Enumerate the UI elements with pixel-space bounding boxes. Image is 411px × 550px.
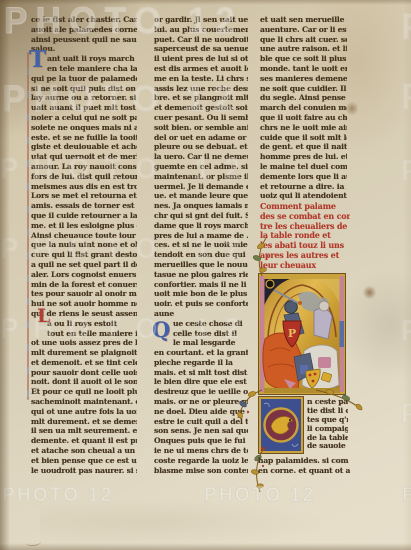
text-line: pleure ou se debuat. et a ange: [154, 142, 248, 152]
paragraph-full-width: hap palamides. si com se na'en corne. et…: [258, 456, 350, 476]
text-line: este. et se ne fuille la tooit estre: [31, 133, 137, 143]
text-line: hap palamides. si com se na': [258, 456, 350, 466]
text-line: le maine tel duel come il se: [260, 162, 347, 172]
rubric-red-heading: Comment palamedes se combat en contre le…: [260, 202, 350, 271]
text-line: et atache son cheual a un arbre: [31, 446, 137, 456]
shield-dot: [314, 373, 317, 376]
text-line: de la table ron: [307, 434, 348, 443]
text-line: que il uoit faire au chr. li: [260, 113, 347, 123]
text-line: son sens. Je nen sai que dire: [154, 426, 248, 436]
frame-band-left: [260, 276, 265, 392]
text-line: et demenoit. et se tint cele part: [31, 358, 137, 368]
text-line: en courtant. et la grant: [154, 348, 248, 358]
saddle: [318, 357, 331, 368]
text-line: salou.: [31, 44, 137, 54]
text-line: il uient pres de lui si ot que ce: [154, 54, 248, 64]
text-line: tasue ne plou gaires riens le: [154, 270, 248, 280]
photo12-watermark: PHOTO 12: [0, 233, 255, 266]
photo12-watermark-partial: P: [401, 6, 411, 48]
text-line: march del conuien mener: [260, 103, 347, 113]
text-line: la table ronde et: [260, 231, 350, 241]
text-line: ses manieres demener qil: [260, 74, 347, 84]
text-line: nes. Ja onques iamais ne fisse: [154, 201, 248, 211]
text-line: uoiz qui li atendoient: [260, 191, 347, 201]
text-line: tes que q'nt: [307, 416, 348, 425]
text-column-3: et uait sen merueille de cesteauenture. …: [260, 15, 347, 201]
text-line: il sen ua mlt seurement. et se: [31, 426, 137, 436]
text-line: des se combat en con: [260, 212, 350, 222]
text-line: amis. essais de torner est il dereut: [31, 201, 137, 211]
photo12-watermark-partial: P: [401, 398, 411, 431]
parchment-spot: [346, 101, 358, 116]
photo12-watermark: PHOTO 12: [0, 153, 255, 186]
text-line: ie ne ui mens chrs de tel mane: [154, 446, 248, 456]
text-line: confortier. mais il ne li: [154, 280, 248, 290]
photo12-watermark: PHOTO 12: [4, 0, 243, 42]
text-line: leur cheuaux: [260, 261, 350, 271]
text-line: Onques puis que ie fui nes: [154, 436, 248, 446]
text-line: ne soit que cuidier. Il est fol: [260, 84, 347, 94]
text-line: mlt durement. et se demenoit: [31, 417, 137, 427]
text-line: que li chrs ait cuer. sens et: [260, 35, 347, 45]
text-line: ue. et mande leure que il fu: [154, 191, 248, 201]
text-line: Lors se met el retourna et il est: [31, 191, 137, 201]
text-line: tre les cheualiers de: [260, 222, 350, 232]
text-line: Comment palame: [260, 202, 350, 212]
text-line: min de la forest et conuerse a es: [31, 280, 137, 290]
text-line: de sauoie ain: [307, 442, 348, 451]
text-line: et bien pense que ce est un chr si ne: [31, 456, 137, 466]
text-line: uoit mie bon de le plus: [154, 289, 248, 299]
text-line: auenture. Car or li est auis: [260, 25, 347, 35]
paragraph-beside-initial: n ceste partie dist li contes que q'ntli…: [260, 398, 348, 451]
text-line: est dis armes et auoit le hyau: [154, 64, 248, 74]
text-line: chr qui si gnt del fuit. Se sa: [154, 211, 248, 221]
text-line: saperceust de sa uenue. et q't: [154, 44, 248, 54]
text-line: blasme mise son contenement: [154, 466, 248, 476]
photo12-watermark-partial: P: [401, 315, 411, 348]
shield-dot: [312, 380, 315, 383]
text-line: uoir. et puis se conforte guere: [154, 299, 248, 309]
photo12-watermark: PHOTO 12: [204, 484, 315, 507]
manuscript-photo: ce le fist aler chastier. Car quiauoit a…: [0, 0, 411, 550]
text-line: du segle. Ainsi pense li roys: [260, 93, 347, 103]
photo12-watermark-partial: P: [401, 76, 411, 118]
text-line: que il cuide retourner a la meis: [31, 211, 137, 221]
photo12-watermark: PHOTO 12: [0, 313, 255, 346]
text-line: homme pres de lui. et pour ce: [260, 152, 347, 162]
text-line: Et pour ce quil ne looit plus: [31, 387, 137, 397]
paragraph: et uait sen merueille de cesteauenture. …: [260, 15, 347, 201]
text-line: giste et deuiouable et achoit la: [31, 142, 137, 152]
illuminated-initial-t: T: [29, 49, 46, 71]
text-line: mlt durement se plaignoit: [31, 348, 137, 358]
text-line: sacheminoit maintenant. cele: [31, 397, 137, 407]
text-line: pieche regarde il la: [154, 358, 248, 368]
text-line: qui ot une autre fois la uois: [31, 407, 137, 417]
text-line: dame que li roys march estoit: [154, 221, 248, 231]
shield-letter: P: [288, 327, 296, 340]
text-line: mais. et si mlt tost dist: [154, 368, 248, 378]
text-line: del or uet en adame or ne or: [154, 133, 248, 143]
right-knight-helm: [319, 301, 329, 311]
text-line: monde. tant le uoit en tel: [260, 64, 347, 74]
text-line: une autre raison. et li sem: [260, 44, 347, 54]
text-line: soit bien. or semble anientiez: [154, 123, 248, 133]
shield-dot: [309, 374, 312, 377]
frame-band-right-blue: [340, 321, 345, 347]
text-line: tie dist li con: [307, 407, 348, 416]
text-line: n ceste par: [307, 398, 348, 407]
text-line: cuide que il soit mlt loing: [260, 133, 347, 143]
text-line: de gent. et que il nait nul: [260, 142, 347, 152]
text-line: chrs ne le uoit mie ainz: [260, 123, 347, 133]
margin-mark: [26, 538, 42, 547]
text-line: en tele maniere cha la: [47, 64, 137, 74]
photo12-watermark: PHOTO 12: [2, 484, 113, 507]
text-line: et retourne a dire. ia ne seroit: [260, 182, 347, 192]
text-line: noit. dont il auoit oi le son: [31, 377, 137, 387]
text-line: aler. Lors cognoist enuers le che: [31, 270, 137, 280]
photo12-watermark: PHOTO 12: [2, 78, 241, 120]
text-line: pour sauoir dont celle uois ue: [31, 368, 137, 378]
text-line: le uoudroit pas naurer. si sen po: [31, 466, 137, 476]
text-line: apres les autres et: [260, 251, 350, 261]
text-line: soiete ne onques mais ni auoit: [31, 123, 137, 133]
text-line: et uait sen merueille de ceste: [260, 15, 347, 25]
parchment-spot: [362, 286, 377, 299]
miniature-battle-scene: P: [258, 273, 346, 395]
photo12-watermark-partial: P: [401, 155, 411, 188]
text-line: li compaignon: [307, 425, 348, 434]
corner-roundel: [266, 280, 274, 288]
text-line: ble que ce soit li plus folz du: [260, 54, 347, 64]
text-line: les abati touz li uns: [260, 241, 350, 251]
text-line: demente. et quant il est pres il descent: [31, 436, 137, 446]
text-line: en corne. et quant ot anuit: [258, 466, 350, 476]
photo12-watermark-partial: P: [402, 484, 411, 507]
text-line: ant uait li roys march: [47, 54, 137, 64]
text-line: tes pour sauoir al onoir mal: [31, 289, 137, 299]
text-line: demente lors que li autres ot: [260, 172, 347, 182]
text-line: me. et il les esloigne plus et plus: [31, 221, 137, 231]
text-line: coste regarde la uoiz le chr. a: [154, 456, 248, 466]
sword-grip: [298, 301, 302, 305]
